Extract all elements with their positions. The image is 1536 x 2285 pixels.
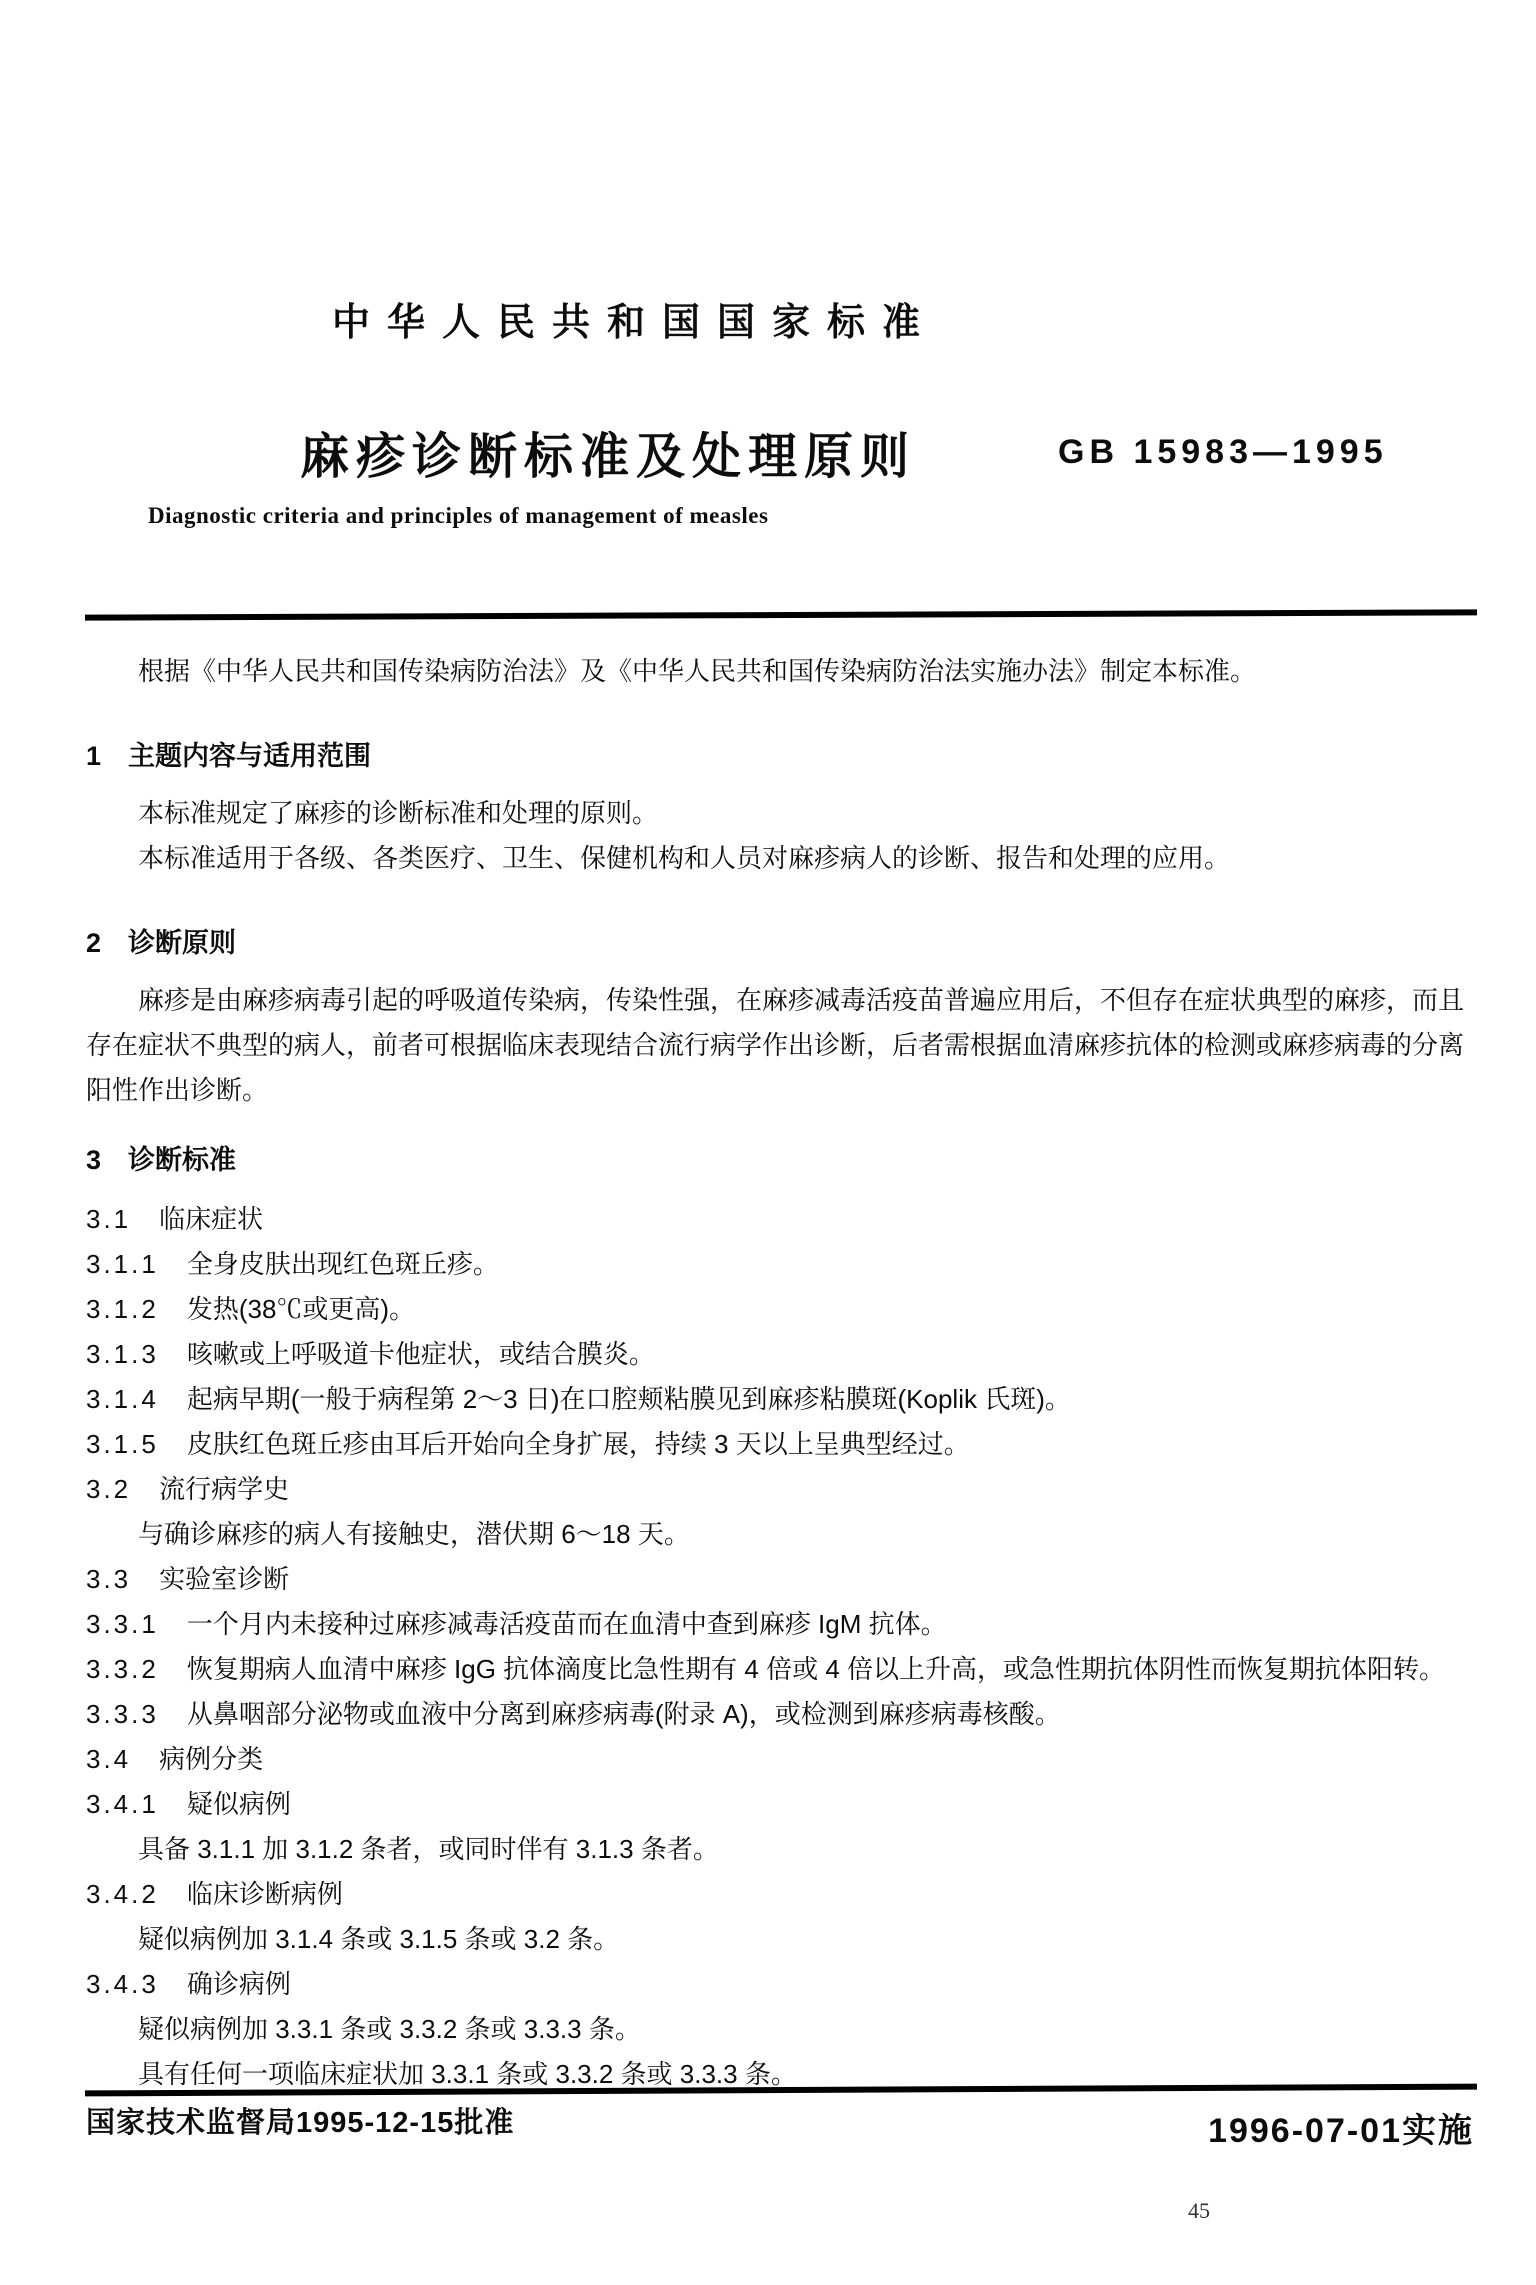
clause-number: 3 (86, 1138, 102, 1183)
page-number: 45 (1188, 2198, 1210, 2224)
clause-line: 3.4病例分类 (86, 1737, 1478, 1782)
implementation-note: 1996-07-01实施 (1208, 2103, 1474, 2152)
english-title: Diagnostic criteria and principles of ma… (148, 503, 768, 529)
clause-text: 起病早期(一般于病程第 2～3 日)在口腔颊粘膜见到麻疹粘膜斑(Koplik 氏… (187, 1384, 1071, 1414)
clause-text: 疑似病例 (187, 1789, 291, 1819)
clause-line: 3.3.3从鼻咽部分泌物或血液中分离到麻疹病毒(附录 A)，或检测到麻疹病毒核酸… (86, 1692, 1478, 1737)
clause-number: 3.4.1 (86, 1782, 159, 1827)
clause-text: 咳嗽或上呼吸道卡他症状，或结合膜炎。 (187, 1339, 655, 1369)
clause-line: 3.3.2恢复期病人血清中麻疹 IgG 抗体滴度比急性期有 4 倍或 4 倍以上… (86, 1647, 1478, 1692)
clause-number: 2 (86, 921, 102, 966)
clause-text: 主题内容与适用范围 (128, 741, 371, 771)
header-divider (85, 609, 1477, 620)
paragraph-line: 疑似病例加 3.1.4 条或 3.1.5 条或 3.2 条。 (86, 1917, 1478, 1962)
section-heading: 3诊断标准 (86, 1138, 1478, 1183)
clause-line: 3.3实验室诊断 (86, 1557, 1478, 1602)
clause-line: 3.1.2发热(38℃或更高)。 (86, 1287, 1478, 1332)
clause-number: 3.3.1 (86, 1602, 159, 1647)
intro-paragraph: 根据《中华人民共和国传染病防治法》及《中华人民共和国传染病防治法实施办法》制定本… (86, 649, 1478, 694)
clause-text: 皮肤红色斑丘疹由耳后开始向全身扩展，持续 3 天以上呈典型经过。 (187, 1429, 970, 1459)
section-heading: 1主题内容与适用范围 (86, 734, 1478, 779)
clause-text: 诊断原则 (128, 928, 236, 958)
standard-code: GB 15983—1995 (1058, 433, 1388, 472)
clause-text: 临床诊断病例 (187, 1879, 343, 1909)
clause-text: 诊断标准 (128, 1145, 236, 1175)
document-title: 麻疹诊断标准及处理原则 (300, 418, 916, 488)
clause-number: 3.4.2 (86, 1872, 159, 1917)
clause-text: 全身皮肤出现红色斑丘疹。 (187, 1249, 499, 1279)
clause-number: 3.1.2 (86, 1287, 159, 1332)
clause-line: 3.4.3确诊病例 (86, 1962, 1478, 2007)
approval-note: 国家技术监督局1995-12-15批准 (86, 2100, 514, 2141)
clause-line: 3.1.1全身皮肤出现红色斑丘疹。 (86, 1242, 1478, 1287)
clause-line: 3.1.3咳嗽或上呼吸道卡他症状，或结合膜炎。 (86, 1332, 1478, 1377)
clause-number: 3.4 (86, 1737, 131, 1782)
document-body: 根据《中华人民共和国传染病防治法》及《中华人民共和国传染病防治法实施办法》制定本… (86, 649, 1478, 2097)
clause-line: 3.3.1一个月内未接种过麻疹减毒活疫苗而在血清中查到麻疹 IgM 抗体。 (86, 1602, 1478, 1647)
clause-line: 3.1临床症状 (86, 1197, 1478, 1242)
paragraph-line: 本标准规定了麻疹的诊断标准和处理的原则。 (86, 791, 1478, 836)
clause-text: 一个月内未接种过麻疹减毒活疫苗而在血清中查到麻疹 IgM 抗体。 (187, 1609, 947, 1639)
national-standard-header: 中华人民共和国国家标准 (332, 291, 937, 346)
clause-number: 3.1.3 (86, 1332, 159, 1377)
section-heading: 2诊断原则 (86, 921, 1478, 966)
clause-number: 3.2 (86, 1467, 131, 1512)
clause-number: 3.1.1 (86, 1242, 159, 1287)
clause-line: 3.1.5皮肤红色斑丘疹由耳后开始向全身扩展，持续 3 天以上呈典型经过。 (86, 1422, 1478, 1467)
clause-number: 3.3.2 (86, 1647, 159, 1692)
clause-number: 3.4.3 (86, 1962, 159, 2007)
clause-number: 3.1.4 (86, 1377, 159, 1422)
clause-text: 流行病学史 (159, 1474, 289, 1504)
clause-line: 3.4.2临床诊断病例 (86, 1872, 1478, 1917)
clause-number: 3.1.5 (86, 1422, 159, 1467)
paragraph-line: 本标准适用于各级、各类医疗、卫生、保健机构和人员对麻疹病人的诊断、报告和处理的应… (86, 836, 1478, 881)
clause-number: 3.3.3 (86, 1692, 159, 1737)
clause-text: 病例分类 (159, 1744, 263, 1774)
clause-number: 1 (86, 734, 102, 779)
clause-text: 临床症状 (159, 1204, 263, 1234)
clause-line: 3.2流行病学史 (86, 1467, 1478, 1512)
clause-text: 恢复期病人血清中麻疹 IgG 抗体滴度比急性期有 4 倍或 4 倍以上升高，或急… (187, 1654, 1445, 1684)
clause-number: 3.3 (86, 1557, 131, 1602)
clause-text: 实验室诊断 (159, 1564, 289, 1594)
clause-text: 发热(38℃或更高)。 (187, 1294, 415, 1324)
clause-number: 3.1 (86, 1197, 131, 1242)
paragraph-line: 具备 3.1.1 加 3.1.2 条者，或同时伴有 3.1.3 条者。 (86, 1827, 1478, 1872)
paragraph-line: 与确诊麻疹的病人有接触史，潜伏期 6～18 天。 (86, 1512, 1478, 1557)
clause-line: 3.4.1疑似病例 (86, 1782, 1478, 1827)
clause-text: 确诊病例 (187, 1969, 291, 1999)
clause-text: 从鼻咽部分泌物或血液中分离到麻疹病毒(附录 A)，或检测到麻疹病毒核酸。 (187, 1699, 1061, 1729)
document-page: 中华人民共和国国家标准 麻疹诊断标准及处理原则 GB 15983—1995 Di… (0, 0, 1536, 2285)
paragraph-line: 疑似病例加 3.3.1 条或 3.3.2 条或 3.3.3 条。 (86, 2007, 1478, 2052)
clause-line: 3.1.4起病早期(一般于病程第 2～3 日)在口腔颊粘膜见到麻疹粘膜斑(Kop… (86, 1377, 1478, 1422)
paragraph-line: 麻疹是由麻疹病毒引起的呼吸道传染病，传染性强，在麻疹减毒活疫苗普遍应用后，不但存… (86, 978, 1478, 1113)
